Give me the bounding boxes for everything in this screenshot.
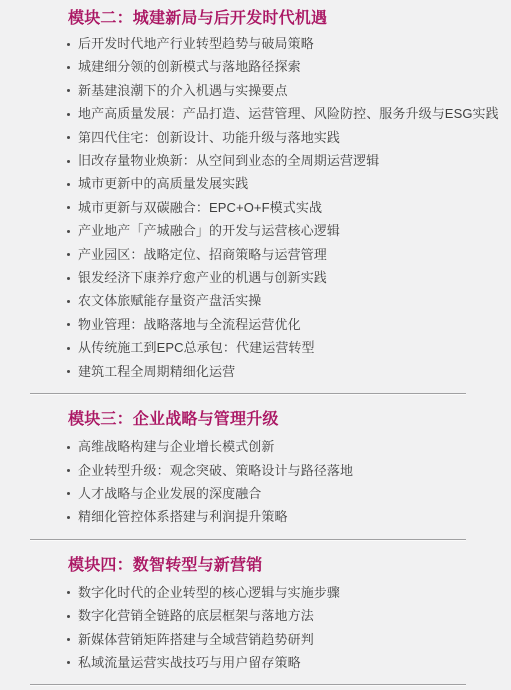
module-section: 模块三：企业战略与管理升级 高维战略构建与企业增长模式创新企业转型升级：观念突破… bbox=[30, 407, 511, 541]
list-item: 新媒体营销矩阵搭建与全域营销趋势研判 bbox=[78, 628, 511, 651]
module-title: 模块二：城建新局与后开发时代机遇 bbox=[68, 0, 511, 29]
list-item: 人才战略与企业发展的深度融合 bbox=[78, 482, 511, 505]
list-item: 物业管理：战略落地与全流程运营优化 bbox=[78, 313, 511, 336]
list-item: 地产高质量发展：产品打造、运营管理、风险防控、服务升级与ESG实践 bbox=[78, 102, 511, 125]
list-item: 私域流量运营实战技巧与用户留存策略 bbox=[78, 651, 511, 674]
list-item: 数字化时代的企业转型的核心逻辑与实施步骤 bbox=[78, 581, 511, 604]
list-item: 新基建浪潮下的介入机遇与实操要点 bbox=[78, 79, 511, 102]
list-item: 城建细分领的创新模式与落地路径探索 bbox=[78, 55, 511, 78]
list-item: 企业转型升级：观念突破、策略设计与路径落地 bbox=[78, 459, 511, 482]
list-item: 银发经济下康养疗愈产业的机遇与创新实践 bbox=[78, 266, 511, 289]
module-title: 模块三：企业战略与管理升级 bbox=[68, 407, 511, 430]
list-item: 精细化管控体系搭建与利润提升策略 bbox=[78, 505, 511, 528]
module-list: 数字化时代的企业转型的核心逻辑与实施步骤数字化营销全链路的底层框架与落地方法新媒… bbox=[30, 581, 511, 675]
list-item: 第四代住宅：创新设计、功能升级与落地实践 bbox=[78, 126, 511, 149]
module-title: 模块四：数智转型与新营销 bbox=[68, 553, 511, 576]
list-item: 城市更新中的高质量发展实践 bbox=[78, 172, 511, 195]
module-section: 模块二：城建新局与后开发时代机遇 后开发时代地产行业转型趋势与破局策略城建细分领… bbox=[30, 0, 511, 395]
section-divider bbox=[30, 539, 466, 541]
module-list: 后开发时代地产行业转型趋势与破局策略城建细分领的创新模式与落地路径探索新基建浪潮… bbox=[30, 32, 511, 383]
list-item: 高维战略构建与企业增长模式创新 bbox=[78, 435, 511, 458]
list-item: 建筑工程全周期精细化运营 bbox=[78, 360, 511, 383]
list-item: 农文体旅赋能存量资产盘活实操 bbox=[78, 289, 511, 312]
list-item: 数字化营销全链路的底层框架与落地方法 bbox=[78, 604, 511, 627]
list-item: 后开发时代地产行业转型趋势与破局策略 bbox=[78, 32, 511, 55]
list-item: 产业园区：战略定位、招商策略与运营管理 bbox=[78, 243, 511, 266]
list-item: 旧改存量物业焕新：从空间到业态的全周期运营逻辑 bbox=[78, 149, 511, 172]
module-list: 高维战略构建与企业增长模式创新企业转型升级：观念突破、策略设计与路径落地人才战略… bbox=[30, 435, 511, 529]
section-divider bbox=[30, 684, 466, 686]
list-item: 城市更新与双碳融合：EPC+O+F模式实战 bbox=[78, 196, 511, 219]
course-outline-page: 模块二：城建新局与后开发时代机遇 后开发时代地产行业转型趋势与破局策略城建细分领… bbox=[0, 0, 511, 690]
section-divider bbox=[30, 393, 466, 395]
list-item: 从传统施工到EPC总承包：代建运营转型 bbox=[78, 336, 511, 359]
list-item: 产业地产「产城融合」的开发与运营核心逻辑 bbox=[78, 219, 511, 242]
modules-root: 模块二：城建新局与后开发时代机遇 后开发时代地产行业转型趋势与破局策略城建细分领… bbox=[30, 0, 511, 686]
module-section: 模块四：数智转型与新营销 数字化时代的企业转型的核心逻辑与实施步骤数字化营销全链… bbox=[30, 553, 511, 687]
